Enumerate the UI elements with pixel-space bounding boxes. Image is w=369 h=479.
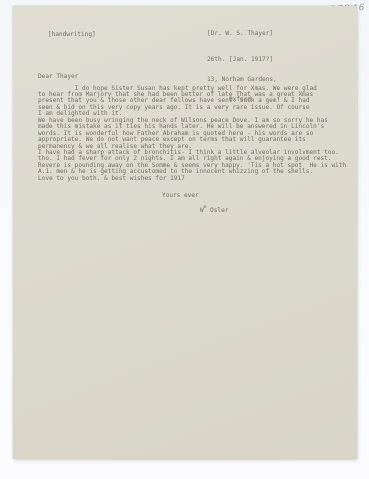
scanned-letter-screenshot: CUS417/23.16 [handwriting] [Dr. W. S. Th… bbox=[0, 0, 369, 479]
body-line: Love to you both. & best wishes for 1917 bbox=[38, 176, 350, 182]
address-line-1: 13, Norham Gardens, bbox=[207, 77, 277, 84]
closing: Yours ever bbox=[162, 192, 199, 199]
letter-page: [handwriting] [Dr. W. S. Thayer] 26th. [… bbox=[13, 6, 357, 459]
signature: Wm Osler bbox=[200, 205, 228, 214]
salutation: Dear Thayer bbox=[38, 73, 78, 80]
letter-date: 26th. [Jan. 1917?] bbox=[207, 57, 277, 64]
handwriting-note: [handwriting] bbox=[48, 31, 96, 38]
signature-rest: Osler bbox=[206, 207, 228, 214]
recipient-annotation: [Dr. W. S. Thayer] bbox=[207, 30, 273, 37]
letter-body: I do hope Sister Susan has kept pretty w… bbox=[38, 86, 350, 183]
